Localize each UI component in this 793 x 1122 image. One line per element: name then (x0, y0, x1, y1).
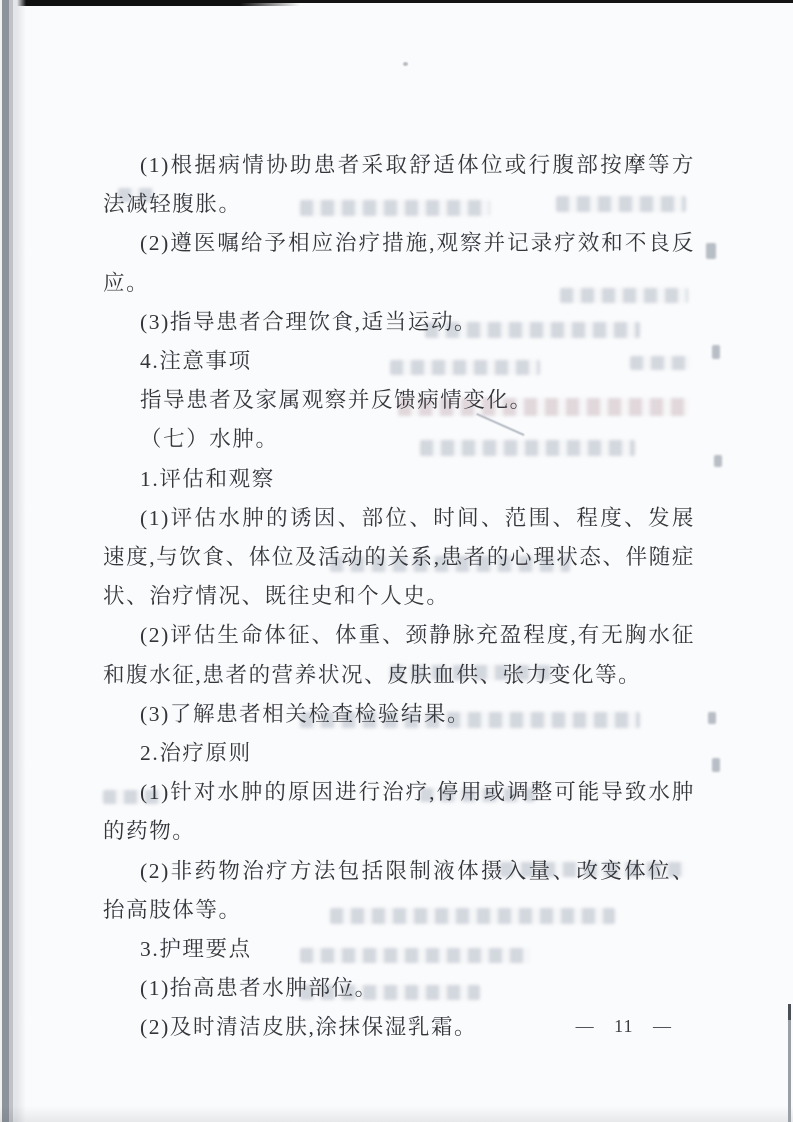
margin-mark (708, 712, 716, 724)
paragraph: (3)指导患者合理饮食,适当运动。 (103, 303, 695, 342)
scan-edge-left (0, 0, 26, 1122)
paragraph: (1)抬高患者水肿部位。 (103, 969, 695, 1008)
paragraph: (1)针对水肿的原因进行治疗,停用或调整可能导致水肿的药物。 (103, 773, 695, 851)
paragraph: (3)了解患者相关检查检验结果。 (103, 695, 695, 734)
paragraph: 指导患者及家属观察并反馈病情变化。 (103, 381, 695, 420)
list-heading: 4.注意事项 (103, 342, 695, 381)
margin-mark (706, 243, 716, 259)
margin-mark (714, 455, 722, 467)
scan-edge-top-left (0, 0, 300, 6)
scanned-document-page: (1)根据病情协助患者采取舒适体位或行腹部按摩等方法减轻腹胀。 (2)遵医嘱给予… (0, 0, 793, 1122)
scan-edge-right (788, 1004, 791, 1122)
paragraph: (2)遵医嘱给予相应治疗措施,观察并记录疗效和不良反应。 (103, 224, 695, 302)
paragraph: (1)评估水肿的诱因、部位、时间、范围、程度、发展速度,与饮食、体位及活动的关系… (103, 499, 695, 617)
scan-speck (403, 62, 408, 66)
section-heading: （七）水肿。 (103, 420, 695, 459)
paragraph: (2)非药物治疗方法包括限制液体摄入量、改变体位、抬高肢体等。 (103, 852, 695, 930)
paragraph: (2)评估生命体征、体重、颈静脉充盈程度,有无胸水征和腹水征,患者的营养状况、皮… (103, 616, 695, 694)
scan-edge-bottom (0, 1106, 793, 1122)
list-heading: 3.护理要点 (103, 930, 695, 969)
paragraph: (1)根据病情协助患者采取舒适体位或行腹部按摩等方法减轻腹胀。 (103, 146, 695, 224)
margin-mark (712, 345, 720, 359)
list-heading: 1.评估和观察 (103, 460, 695, 499)
margin-mark (712, 758, 720, 772)
list-heading: 2.治疗原则 (103, 734, 695, 773)
document-body: (1)根据病情协助患者采取舒适体位或行腹部按摩等方法减轻腹胀。 (2)遵医嘱给予… (103, 146, 695, 1048)
page-number: — 11 — (576, 1016, 672, 1037)
